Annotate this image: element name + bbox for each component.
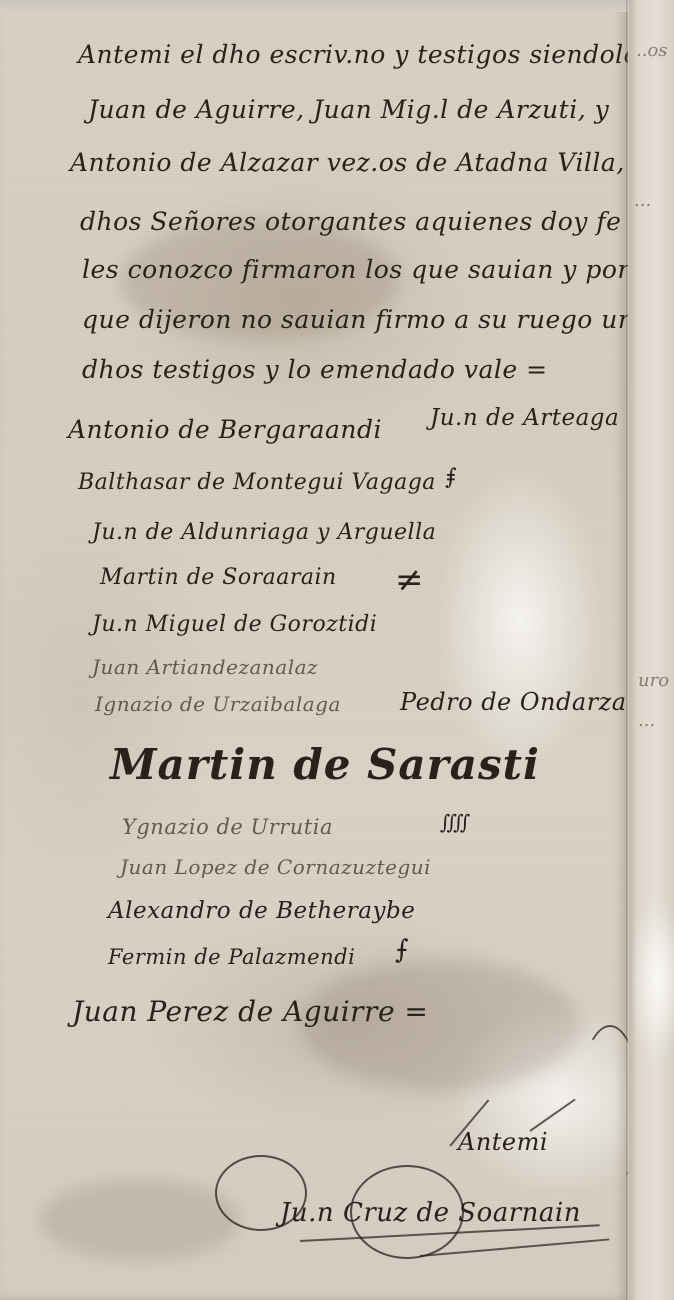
signature-pedro-de-ondarza: Pedro de Ondarza [400, 688, 627, 716]
signature-martin-de-soraarain: Martin de Soraarain [100, 565, 337, 590]
signature-juan-perez-de-aguirre: Juan Perez de Aguirre = [72, 995, 428, 1028]
page-fold [626, 0, 629, 1300]
body-line-3: Antonio de Alzazar vez.os de Atadna Vill… [70, 148, 674, 177]
water-stain [40, 1180, 240, 1260]
rubric-mark: ≠ [395, 560, 424, 600]
signature-antonio-de-bergaraandi: Antonio de Bergaraandi [68, 415, 382, 444]
rubric-mark: ⨎ [445, 465, 457, 490]
bleed-through-text: uro [638, 670, 669, 691]
signature-juan-lopez-de-cornazuztegui: Juan Lopez de Cornazuztegui [120, 855, 431, 879]
body-line-2: Juan de Aguirre, Juan Mig.l de Arzuti, y [88, 95, 609, 124]
flourish-stroke [529, 1099, 575, 1132]
body-line-4: dhos Señores otorgantes aquienes doy fe [80, 207, 621, 236]
scan-top-edge [0, 0, 674, 12]
body-line-1: Antemi el dho escriv.no y testigos siend… [78, 40, 674, 69]
signature-ygnazio-de-urrutia: Ygnazio de Urrutia [122, 815, 333, 839]
signature-alexandro-de-betheraybe: Alexandro de Betheraybe [108, 898, 415, 924]
notary-signature: Ju.n Cruz de Soarnain [280, 1198, 581, 1228]
body-line-6: que dijeron no sauian firmo a su ruego u… [82, 305, 674, 334]
bleed-through-text: ... [638, 710, 655, 731]
signature-balthasar-de-montegui: Balthasar de Montegui Vagaga [78, 470, 436, 495]
body-line-7: dhos testigos y lo emendado vale = [82, 355, 548, 384]
signature-aldunriaga: Ju.n de Aldunriaga y Arguella [92, 520, 436, 545]
rubric-mark: ⨍ [395, 935, 409, 965]
signature-fermin-de-palazmendi: Fermin de Palazmendi [108, 945, 355, 969]
facing-page-edge: ..os ... uro ... [628, 0, 674, 1300]
rubric-mark: ⨌ [440, 810, 471, 834]
signature-juan-de-arteaga: Ju.n de Arteaga [430, 405, 619, 431]
body-line-5: les conozco firmaron los que sauian y po… [82, 255, 630, 284]
signature-juan-miguel-de-goroztidi: Ju.n Miguel de Goroztidi [92, 612, 377, 637]
bleed-through-text: ..os [636, 40, 668, 61]
signature-martin-de-sarasti: Martin de Sarasti [110, 740, 540, 789]
signature-ignazio-de-urzaibalaga: Ignazio de Urzaibalaga [95, 692, 341, 716]
signature-juan-artiandezanalaz: Juan Artiandezanalaz [92, 655, 318, 679]
bleed-through-text: ... [634, 190, 651, 211]
manuscript-page: Antemi el dho escriv.no y testigos siend… [0, 0, 628, 1300]
closing-antemi: Antemi [458, 1128, 548, 1156]
